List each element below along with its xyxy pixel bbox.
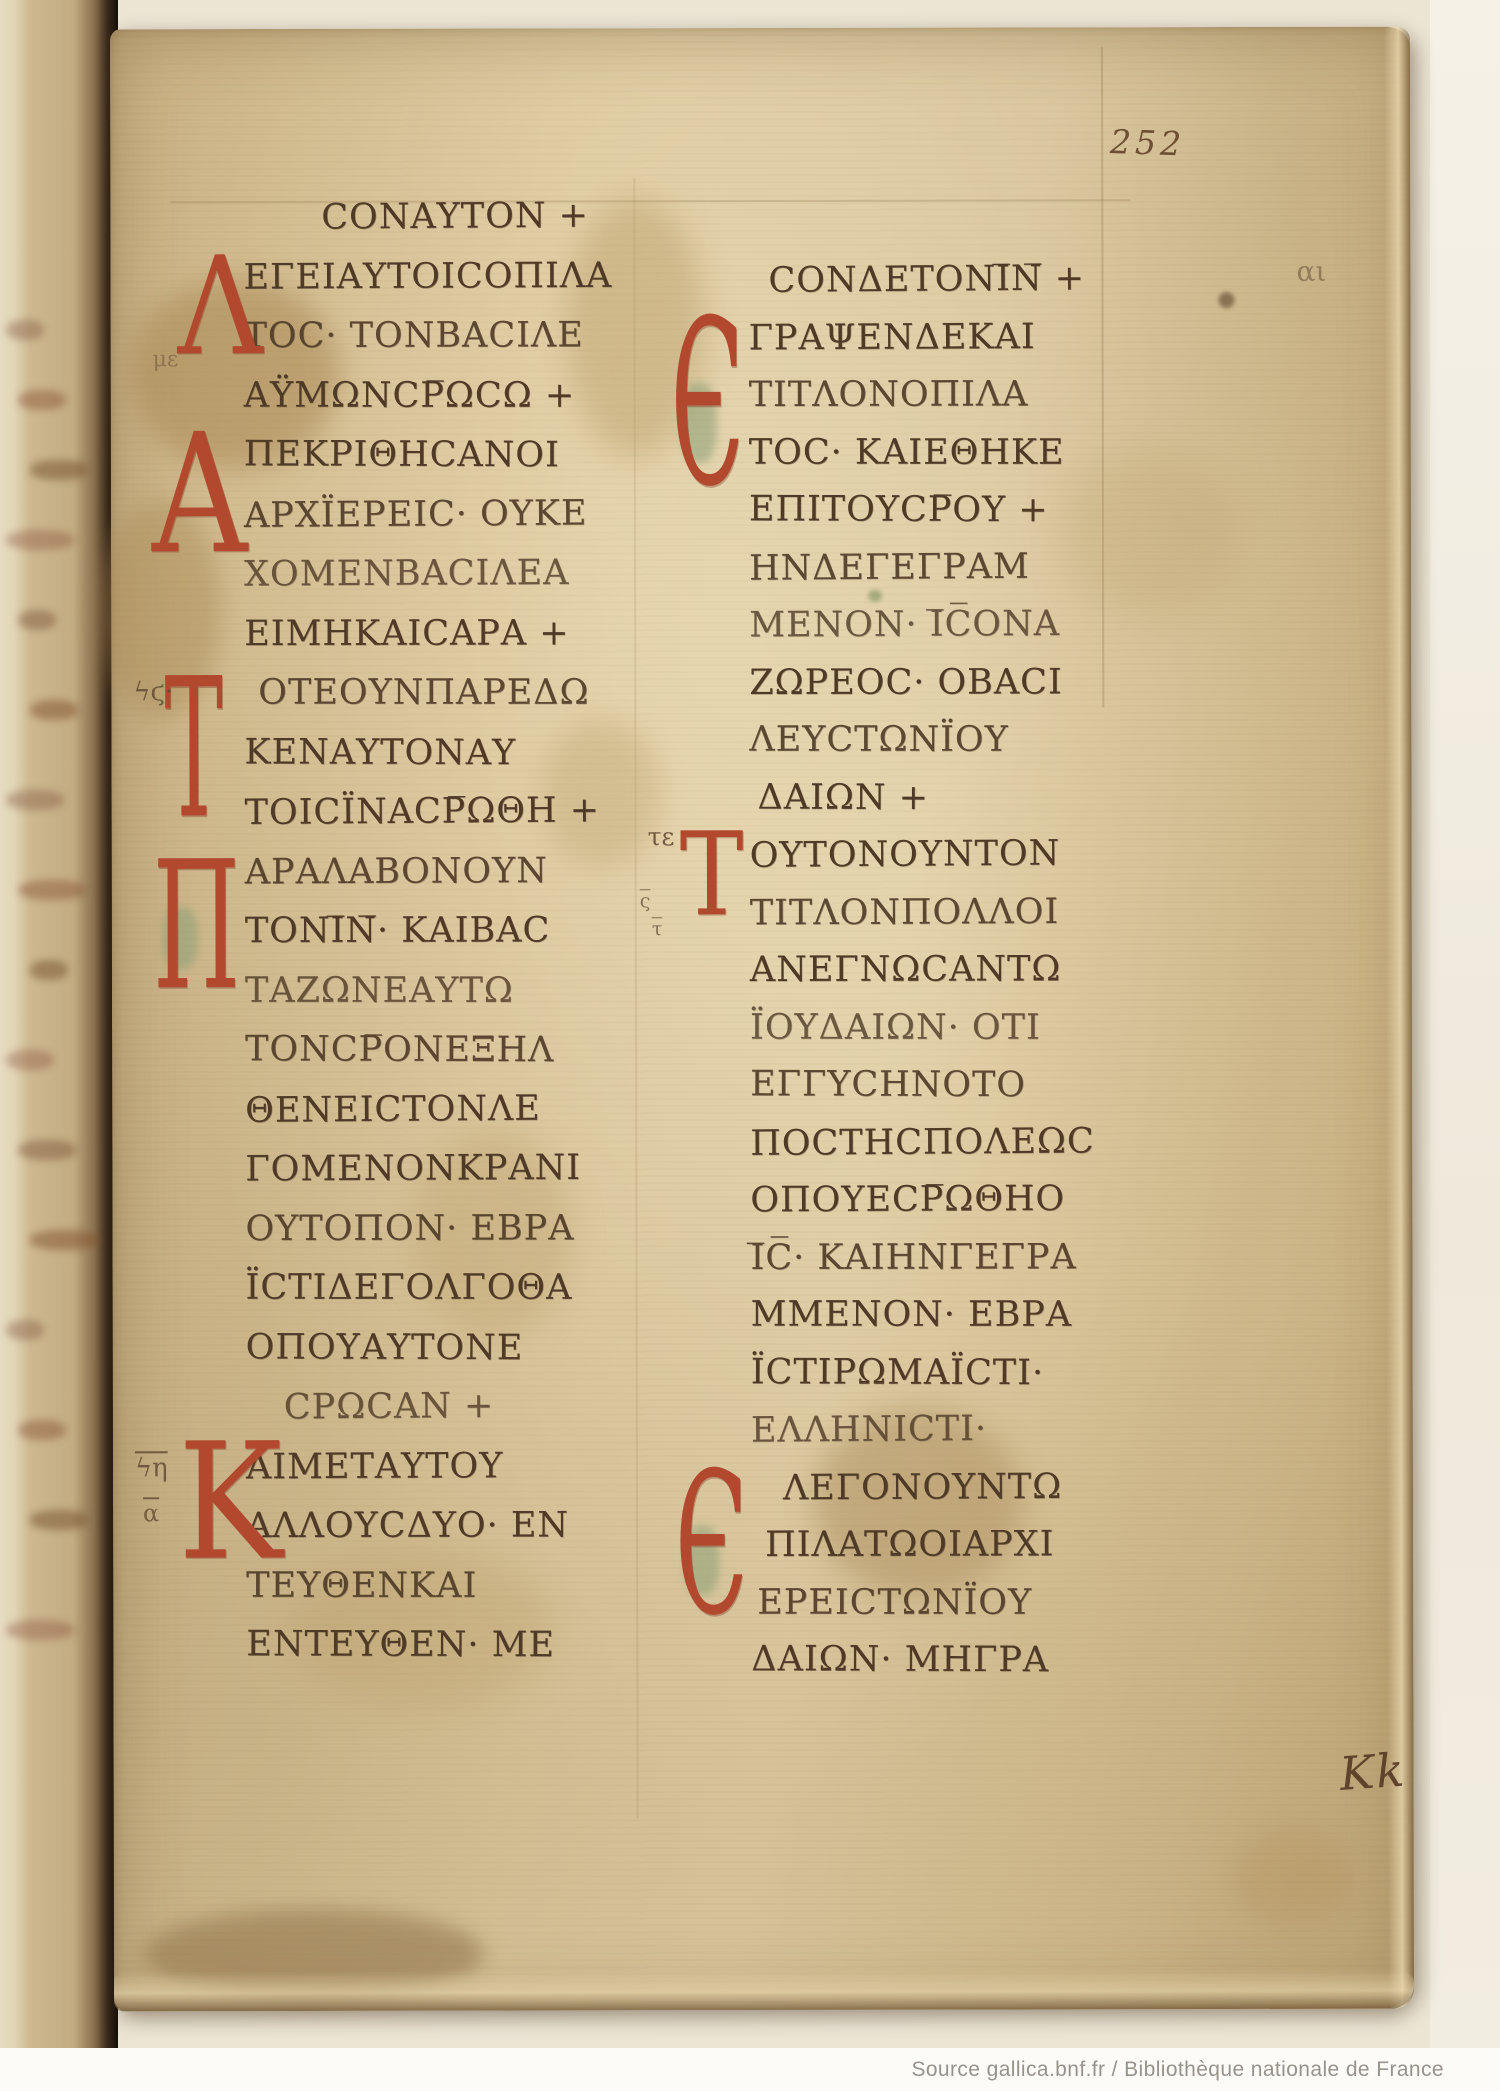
facing-page-text-smudge [6,320,44,340]
manuscript-line: ΑΛΛΟΥCΔΥΟ· ΕΝ [246,1505,569,1546]
manuscript-line: ΕΓΕΙΑΥΤΟΙCΟΠΙΛΑ [243,255,612,297]
facing-page-text-smudge [30,1230,98,1250]
manuscript-line: ΤΟΙCΪΝΑCΡ̅ΩΘΗ + [244,790,600,833]
manuscript-line: ΑΝΕΓΝΩCΑΝΤΩ [750,949,1062,990]
parchment-stain [868,590,882,602]
manuscript-line: ΕΓΓΥCΗΝΟΤΟ [750,1064,1026,1105]
manuscript-line: ΜΕΝΟΝ· Ι̅C̅ΟΝΑ [749,604,1060,645]
manuscript-line: ΓΡΑΨΕΝΔΕΚΑΙ [748,317,1035,358]
manuscript-line: ΔΑΙΩΝ· ΜΗΓΡΑ [751,1639,1049,1680]
manuscript-line: ΟΤΕΟΥΝΠΑΡΕΔΩ [258,673,589,713]
manuscript-line: ΛΕΥCΤΩΝΪΟΥ [749,720,1008,760]
manuscript-line: ΠΕΚΡΙΘΗCΑΝΟΙ [244,434,560,475]
manuscript-line: ΛΕΓΟΝΟΥΝΤΩ [783,1467,1062,1508]
manuscript-line: ΕΡΕΙCΤΩΝΪΟΥ [757,1582,1032,1622]
facing-page-text-smudge [6,1050,54,1070]
marginal-note: με [153,347,179,372]
manuscript-line: ΕΠΙΤΟΥCΡ̅ΟΥ + [749,489,1049,530]
manuscript-line: ΤΟC· ΚΑΙΕΘΗΚΕ [749,432,1065,472]
facing-page-and-spine [0,0,118,2048]
scanner-background-strip [1430,0,1500,2048]
quire-signature: Kk [1338,1742,1408,1801]
folio-number: 252 [1110,122,1186,163]
parchment-page: CΟΝΑΥΤΟΝ +ΕΓΕΙΑΥΤΟΙCΟΠΙΛΑΤΟC· ΤΟΝΒΑCΙΛΕΑ… [110,27,1414,2012]
facing-page-text-smudge [6,790,64,810]
marginal-note: τ [652,918,663,940]
manuscript-line: ΘΕΝΕΙCΤΟΝΛΕ [245,1088,541,1130]
facing-page-text-smudge [18,1140,76,1160]
facing-page-text-smudge [30,700,78,720]
marginal-note: ϟη [135,1453,168,1483]
manuscript-line: ΑΡΑΛΑΒΟΝΟΥΝ [245,851,548,892]
illuminated-initial: Π [153,846,241,1005]
manuscript-line: ΪCΤΙΡΩΜΑΪCΤΙ· [751,1352,1044,1393]
manuscript-line: ΑΙΜΕΤΑΥΤΟΥ [246,1446,504,1487]
manuscript-line: ΜΜΕΝΟΝ· ΕΒΡΑ [751,1295,1073,1335]
manuscript-line: ΕΝΤΕΥΘΕΝ· ΜΕ [246,1624,555,1665]
manuscript-line: CΟΝΔΕΤΟΝΙ̅Ν̅ + [768,258,1085,300]
facing-page-text-smudge [18,1420,66,1440]
digitized-manuscript-scan: CΟΝΑΥΤΟΝ +ΕΓΕΙΑΥΤΟΙCΟΠΙΛΑΤΟC· ΤΟΝΒΑCΙΛΕΑ… [0,0,1500,2091]
facing-page-text-smudge [6,1320,44,1340]
illuminated-initial: Λ [177,245,262,367]
illuminated-initial: Τ [680,823,744,927]
manuscript-line: ΠΟCΤΗCΠΟΛΕΩC [750,1121,1095,1164]
marginal-note: τε [648,822,675,851]
manuscript-line: ΤΟΝΙ̅Ν̅· ΚΑΙΒΑC [245,910,550,951]
facing-page-text-smudge [30,1510,88,1530]
manuscript-line: CΡΩCΑΝ + [284,1386,495,1428]
manuscript-line: CΟΝΑΥΤΟΝ + [321,196,589,238]
facing-page-text-smudge [30,460,88,480]
marginal-note: αι [1296,255,1326,288]
manuscript-line: ΪCΤΙΔΕΓΟΛΓΟΘΑ [246,1268,573,1308]
illuminated-initial: Є [671,304,745,509]
illuminated-initial: Κ [178,1431,283,1576]
parchment-stain [1234,1827,1354,1927]
illuminated-initial: Α [152,421,248,570]
marginal-note: α [143,1499,159,1527]
photograph-background: CΟΝΑΥΤΟΝ +ΕΓΕΙΑΥΤΟΙCΟΠΙΛΑΤΟC· ΤΟΝΒΑCΙΛΕΑ… [0,0,1500,2048]
gallica-attribution-bar: Source gallica.bnf.fr / Bibliothèque nat… [0,2048,1500,2091]
manuscript-line: ΪΟΥΔΑΙΩΝ· ΟΤΙ [750,1007,1041,1047]
manuscript-line: ΔΑΙΩΝ + [757,777,929,818]
manuscript-line: ΟΠΟΥΕCΡ̅ΩΘΗΟ [750,1179,1065,1220]
manuscript-line: ΚΕΝΑΥΤΟΝΑΥ [244,732,516,773]
manuscript-line: ΟΥΤΟΝΟΥΝΤΟΝ [750,834,1061,876]
manuscript-line: Ι̅C̅· ΚΑΙΗΝΓΕΓΡΑ [750,1237,1076,1278]
manuscript-line: ΤΟΝCΡ̅ΟΝΕΞΗΛ [245,1029,554,1070]
marginal-note: ϟϛ· [133,677,173,707]
manuscript-line: ΟΥΤΟΠΟΝ· ΕΒΡΑ [245,1208,574,1249]
manuscript-line: ΤΙΤΛΟΝΟΠΙΛΑ [749,374,1029,415]
manuscript-line: ΧΟΜΕΝΒΑCΙΛΕΑ [244,553,570,595]
facing-page-text-smudge [6,530,74,550]
facing-page-text-smudge [6,1620,74,1640]
illuminated-initial: Є [675,1458,748,1635]
manuscript-line: ΓΟΜΕΝΟΝΚΡΑΝΙ [245,1148,581,1190]
manuscript-line: ΖΩΡΕΟC· ΟΒΑCΙ [749,662,1063,703]
manuscript-line: ΗΝΔΕΓΕΓΡΑΜ [749,546,1030,588]
facing-page-text-smudge [18,610,56,630]
manuscript-line: ΤΑΖΩΝΕΑΥΤΩ [245,970,514,1010]
manuscript-line: ΠΙΛΑΤΩΟΙΑΡΧΙ [765,1524,1054,1565]
manuscript-line: ΟΠΟΥΑΥΤΟΝΕ [246,1327,524,1368]
marginal-note: ς [640,890,651,912]
facing-page-text-smudge [18,880,86,900]
parchment-stain [1218,292,1234,308]
manuscript-line: ΤΙΤΛΟΝΠΟΛΛΟΙ [750,891,1060,932]
page-edge-right [1384,27,1414,2009]
manuscript-line: ΕΛΛΗΝΙCΤΙ· [751,1409,987,1451]
manuscript-line: ΑΫΜΩΝCΡ̅ΩCΩ + [244,375,575,415]
parchment-stain [1061,447,1241,617]
attribution-text: Source gallica.bnf.fr / Bibliothèque nat… [911,2058,1444,2082]
manuscript-line: ΤΟC· ΤΟΝΒΑCΙΛΕ [244,315,584,356]
manuscript-line: ΑΡΧΪΕΡΕΙC· ΟΥΚΕ [244,493,588,536]
manuscript-line: ΕΙΜΗΚΑΙCΑΡΑ + [244,613,569,654]
facing-page-text-smudge [30,960,68,980]
facing-page-text-smudge [18,390,66,410]
page-edge-bottom [114,1969,1414,2012]
